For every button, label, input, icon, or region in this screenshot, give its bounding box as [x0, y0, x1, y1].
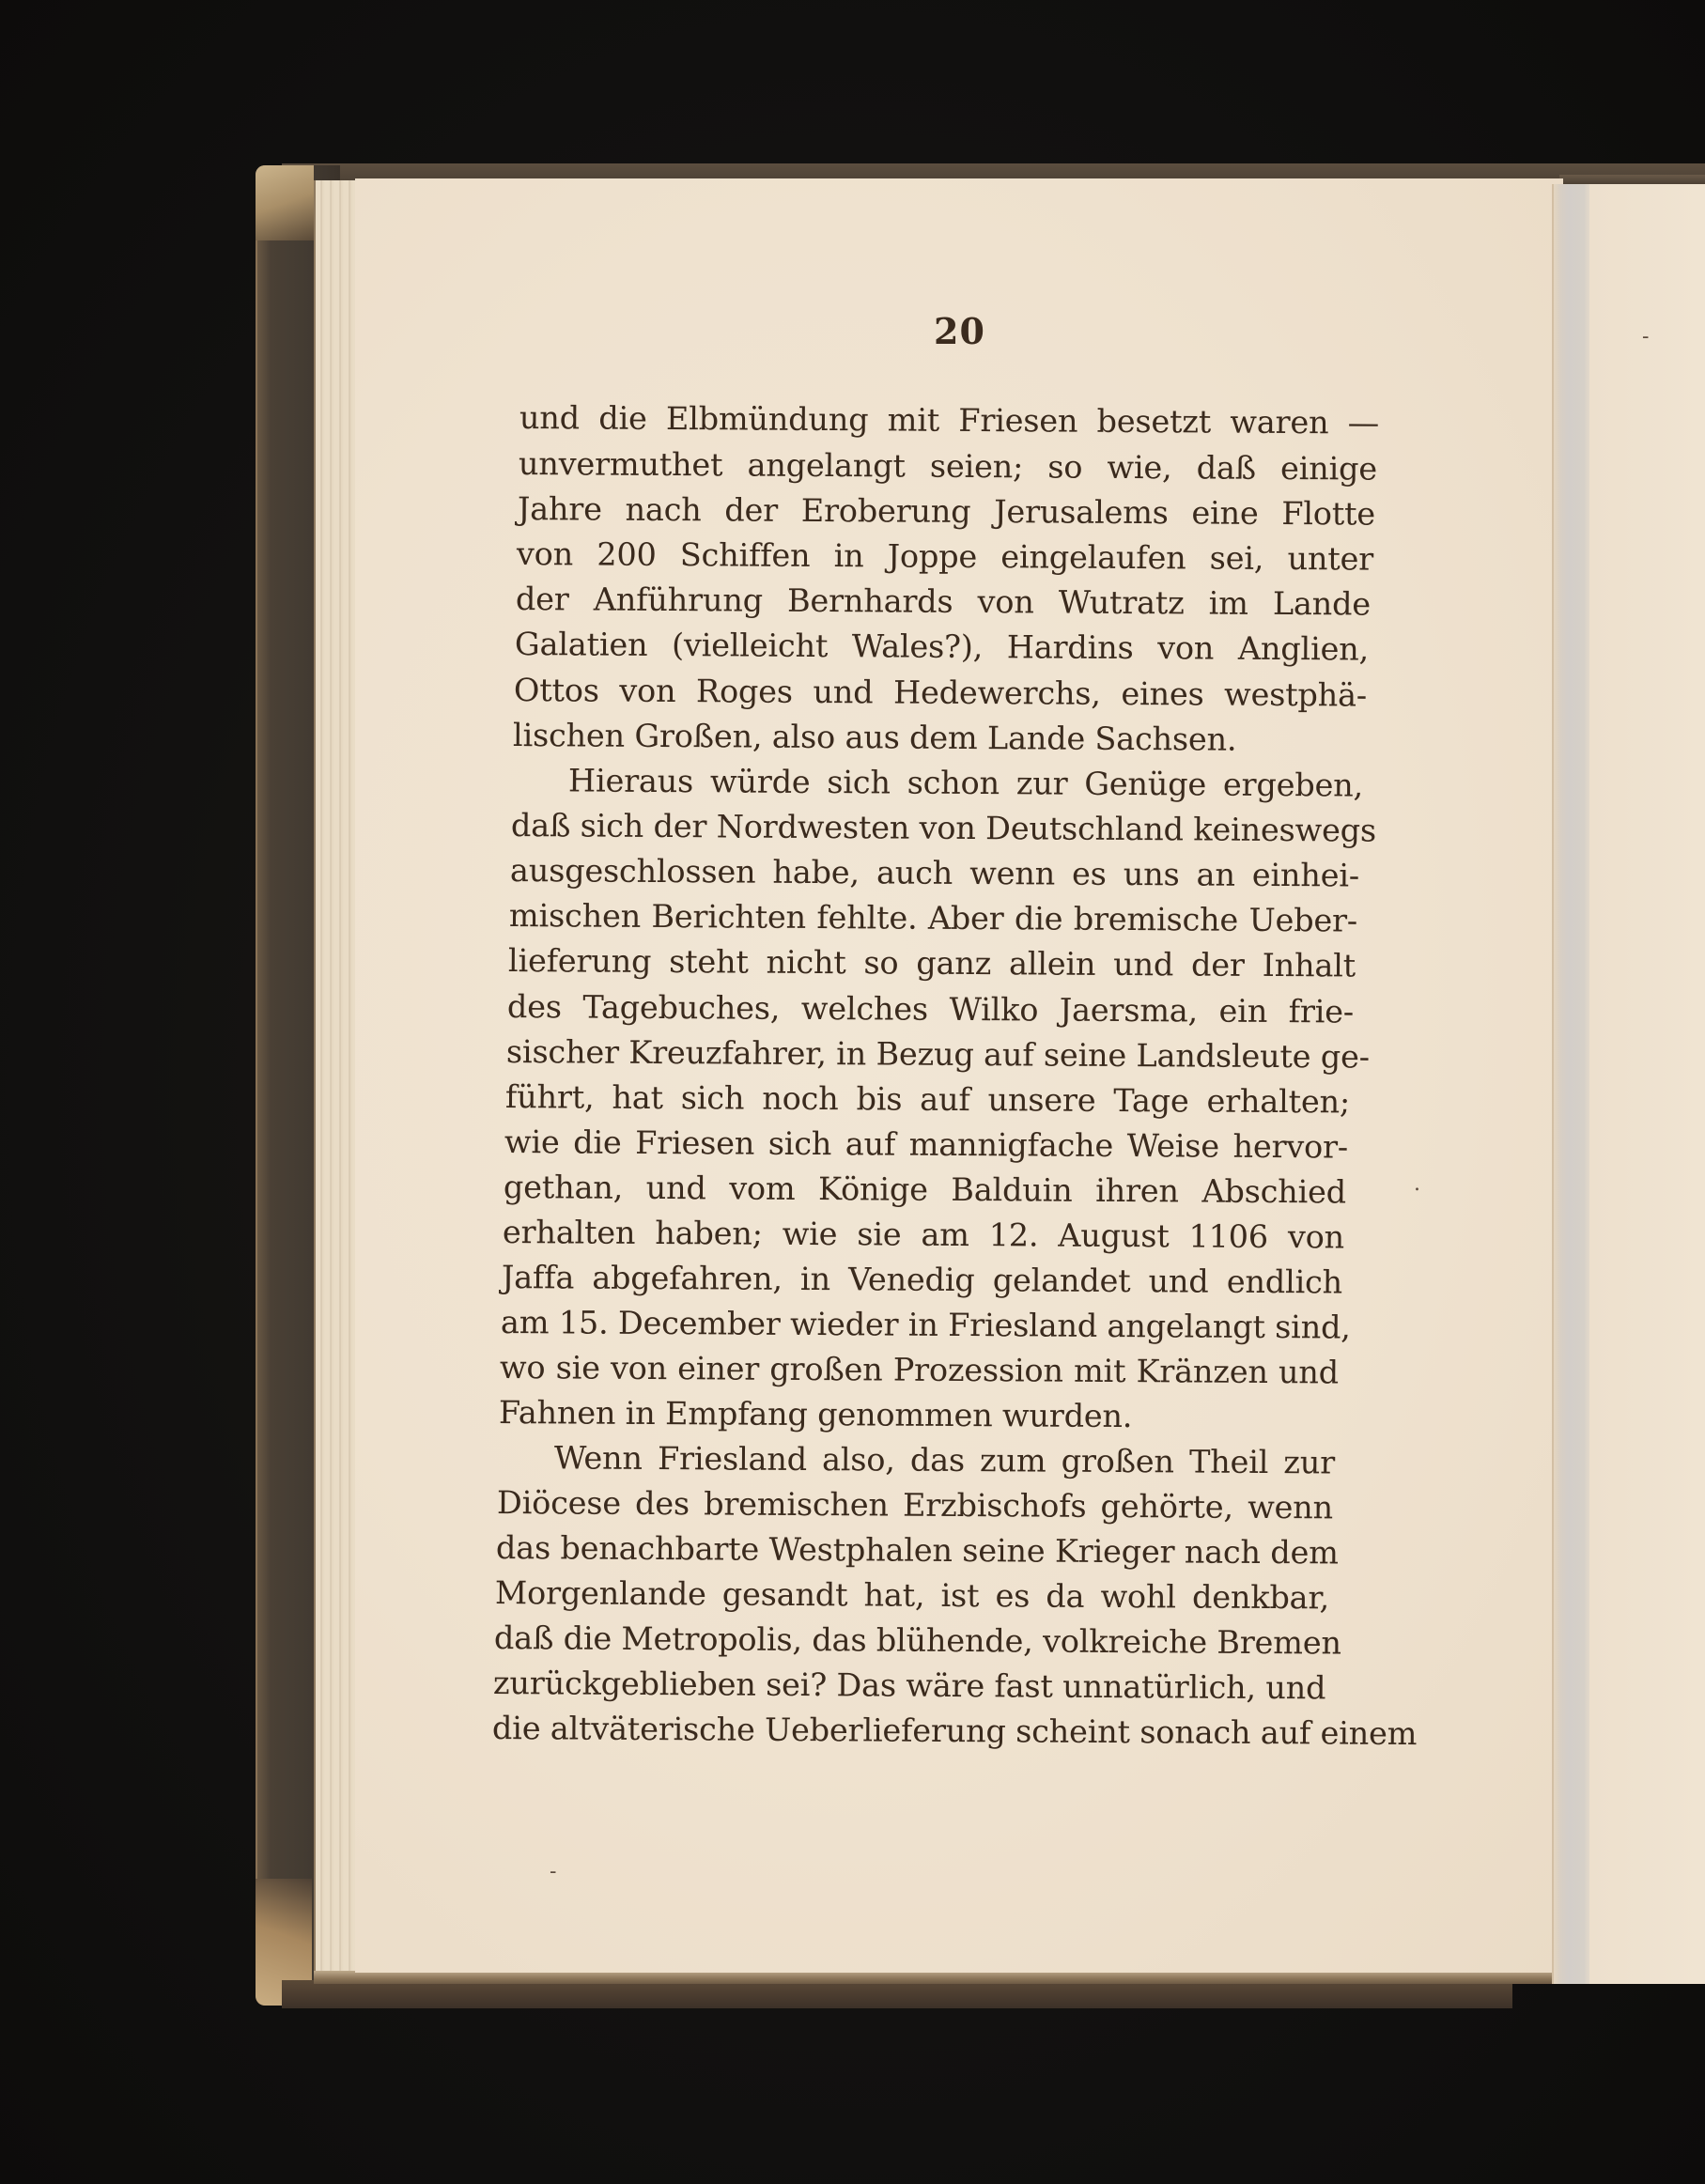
text-line: mischen Berichten fehlte. Aber die bremi…	[509, 897, 1357, 940]
text-line: führt, hat sich noch bis auf unsere Tage…	[505, 1078, 1350, 1121]
text-line: wie die Friesen sich auf mannigfache Wei…	[504, 1123, 1348, 1166]
text-line: lieferung steht nicht so ganz allein und…	[508, 942, 1356, 985]
text-line: Jaffa abgefahren, in Venedig gelandet un…	[502, 1259, 1342, 1301]
text-line: des Tagebuches, welches Wilko Jaersma, e…	[507, 988, 1354, 1031]
text-line: daß die Metropolis, das blühende, volkre…	[494, 1619, 1327, 1662]
page-block-bottom-edge	[314, 1971, 1563, 1984]
text-line: erhalten haben; wie sie am 12. August 11…	[503, 1214, 1344, 1256]
page-number: 20	[934, 310, 985, 352]
worn-cover-corner-top	[256, 165, 314, 240]
text-line: gethan, und vom Könige Balduin ihren Abs…	[504, 1169, 1346, 1211]
text-line: der Anführung Bernhards von Wutratz im L…	[516, 581, 1371, 624]
facing-page-edge	[1589, 184, 1705, 1984]
text-line: zurückgeblieben sei? Das wäre fast unnat…	[493, 1665, 1325, 1707]
text-line: lischen Großen, also aus dem Lande Sachs…	[513, 717, 1365, 760]
text-line: die altväterische Ueberlieferung scheint…	[492, 1710, 1324, 1752]
text-line: wo sie von einer großen Prozession mit K…	[500, 1349, 1339, 1391]
text-line: Ottos von Roges und Hedewerchs, eines we…	[514, 672, 1367, 715]
book-cover-bottom-edge	[282, 1980, 1512, 2008]
text-line: Fahnen in Empfang genommen wurden.	[499, 1394, 1337, 1436]
paper-speck: .	[1414, 1172, 1420, 1196]
text-line: von 200 Schiffen in Joppe eingelaufen se…	[517, 535, 1373, 579]
text-line: das benachbarte Westphalen seine Krieger…	[496, 1529, 1331, 1572]
paper-speck: -	[1642, 325, 1649, 349]
text-line: Hieraus würde sich schon zur Genüge erge…	[512, 762, 1363, 805]
paper-speck: -	[550, 1860, 556, 1883]
text-line: ausgeschlossen habe, auch wenn es uns an…	[510, 852, 1359, 895]
text-line: und die Elbmündung mit Friesen besetzt w…	[519, 399, 1379, 442]
text-line: daß sich der Nordwesten von Deutschland …	[511, 807, 1361, 850]
text-line: Jahre nach der Eroberung Jerusalems eine…	[518, 490, 1375, 534]
text-line: am 15. December wieder in Friesland ange…	[501, 1304, 1341, 1346]
text-line: Morgenlande gesandt hat, ist es da wohl …	[495, 1574, 1329, 1617]
text-line: Wenn Friesland also, das zum großen Thei…	[498, 1439, 1335, 1481]
text-line: Diöcese des bremischen Erzbischofs gehör…	[497, 1484, 1333, 1526]
text-line: Galatien (vielleicht Wales?), Hardins vo…	[515, 626, 1369, 669]
page-gutter	[1552, 184, 1591, 1984]
text-line: unvermuthet angelangt seien; so wie, daß…	[519, 445, 1377, 488]
page-block-edges	[314, 180, 361, 1984]
text-line: sischer Kreuzfahrer, in Bezug auf seine …	[506, 1033, 1352, 1076]
